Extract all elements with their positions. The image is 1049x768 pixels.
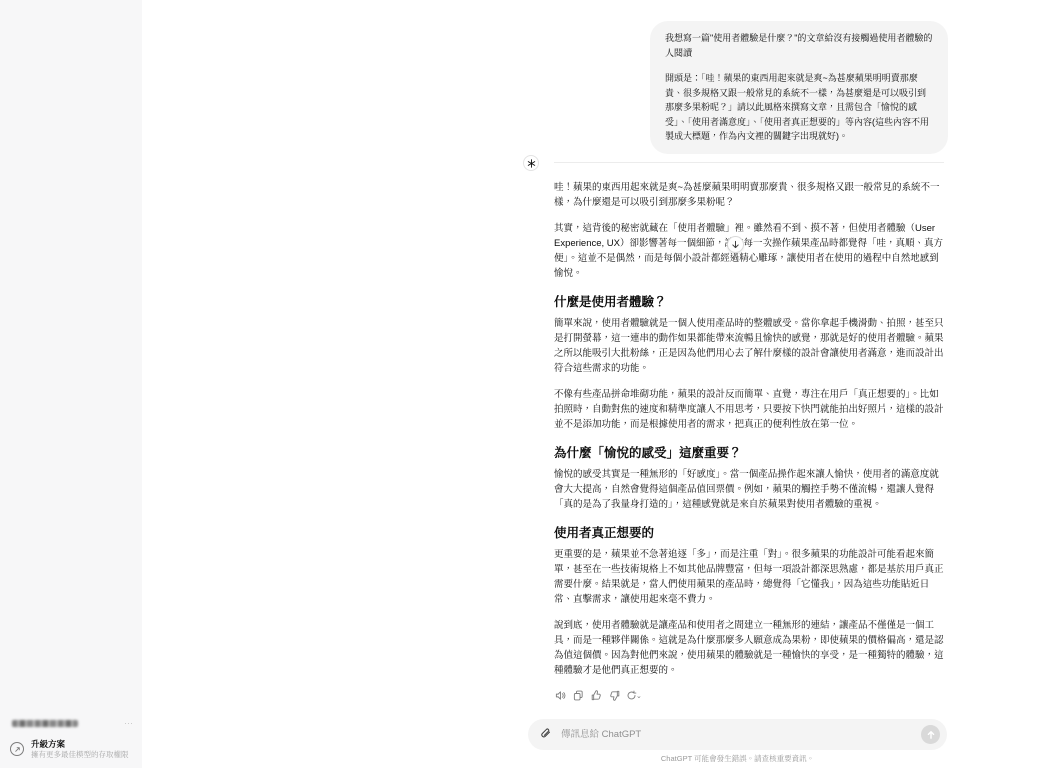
regenerate-button[interactable]: ⌄ — [626, 689, 642, 702]
upgrade-circle-icon — [10, 742, 24, 756]
thumbs-down-button[interactable] — [608, 689, 621, 702]
disclaimer-text: ChatGPT 可能會發生錯誤。請查核重要資訊。 — [528, 753, 947, 764]
ellipsis-icon[interactable]: ⋯ — [124, 719, 134, 728]
thumbs-up-button[interactable] — [590, 689, 603, 702]
assistant-paragraph: 更重要的是，蘋果並不急著追逐「多」，而是注重「對」。很多蘋果的功能設計可能看起來… — [554, 547, 944, 607]
attach-file-button[interactable] — [538, 727, 554, 743]
arrow-up-icon — [926, 730, 936, 740]
blurred-chat-title — [12, 720, 78, 727]
user-message-paragraph: 開頭是：「哇！蘋果的東西用起來就是爽~為甚麼蘋果明明賣那麼貴、很多規格又跟一般常… — [665, 71, 933, 144]
chevron-down-icon: ⌄ — [636, 692, 642, 700]
speaker-icon — [555, 690, 566, 701]
assistant-paragraph: 其實，這背後的秘密就藏在「使用者體驗」裡。雖然看不到、摸不著，但使用者體驗（Us… — [554, 221, 944, 281]
upgrade-plan-button[interactable]: 升級方案 擁有更多最佳模型的存取權限 — [6, 736, 136, 762]
thumbs-up-icon — [591, 690, 602, 701]
scroll-to-bottom-button[interactable] — [727, 236, 744, 253]
openai-logo-icon — [527, 159, 536, 168]
assistant-message: 哇！蘋果的東西用起來就是爽~為甚麼蘋果明明賣那麼貴、很多規格又跟一般常見的系統不… — [554, 180, 944, 702]
send-button[interactable] — [921, 725, 940, 744]
assistant-paragraph: 愉悅的感受其實是一種無形的「好感度」。當一個產品操作起來讓人愉快，使用者的滿意度… — [554, 467, 944, 512]
assistant-paragraph: 不像有些產品拼命堆砌功能，蘋果的設計反而簡單、直覺，專注在用戶「真正想要的」。比… — [554, 387, 944, 432]
user-message-paragraph: 我想寫一篇"使用者體驗是什麼？"的文章給沒有接觸過使用者體驗的人閱讀 — [665, 31, 933, 60]
user-message-bubble: 我想寫一篇"使用者體驗是什麼？"的文章給沒有接觸過使用者體驗的人閱讀 開頭是：「… — [650, 21, 948, 154]
assistant-paragraph: 簡單來說，使用者體驗就是一個人使用產品時的整體感受。當你拿起手機滑動、拍照，甚至… — [554, 316, 944, 376]
thumbs-down-icon — [609, 690, 620, 701]
upgrade-title: 升級方案 — [31, 739, 129, 749]
assistant-paragraph: 說到底，使用者體驗就是讓產品和使用者之間建立一種無形的連結，讓產品不僅僅是一個工… — [554, 618, 944, 678]
assistant-paragraph: 哇！蘋果的東西用起來就是爽~為甚麼蘋果明明賣那麼貴、很多規格又跟一般常見的系統不… — [554, 180, 944, 210]
paperclip-icon — [540, 728, 553, 741]
section-heading: 使用者真正想要的 — [554, 526, 944, 541]
message-input[interactable] — [561, 729, 921, 740]
chatgpt-app: ⋯ 升級方案 擁有更多最佳模型的存取權限 我想寫一篇"使用者體驗是什麼？"的文章… — [0, 0, 1049, 768]
assistant-avatar — [523, 155, 539, 171]
read-aloud-button[interactable] — [554, 689, 567, 702]
copy-icon — [573, 690, 584, 701]
chat-main: 我想寫一篇"使用者體驗是什麼？"的文章給沒有接觸過使用者體驗的人閱讀 開頭是：「… — [142, 0, 1049, 768]
copy-button[interactable] — [572, 689, 585, 702]
message-divider — [554, 162, 944, 163]
upgrade-subtitle: 擁有更多最佳模型的存取權限 — [31, 750, 129, 759]
sidebar-chat-item-blurred[interactable]: ⋯ — [12, 718, 134, 728]
section-heading: 為什麼「愉悅的感受」這麼重要？ — [554, 446, 944, 461]
message-action-bar: ⌄ — [554, 689, 944, 702]
sidebar: ⋯ 升級方案 擁有更多最佳模型的存取權限 — [0, 0, 142, 768]
section-heading: 什麼是使用者體驗？ — [554, 295, 944, 310]
message-composer — [528, 719, 947, 750]
arrow-down-icon — [731, 240, 740, 249]
